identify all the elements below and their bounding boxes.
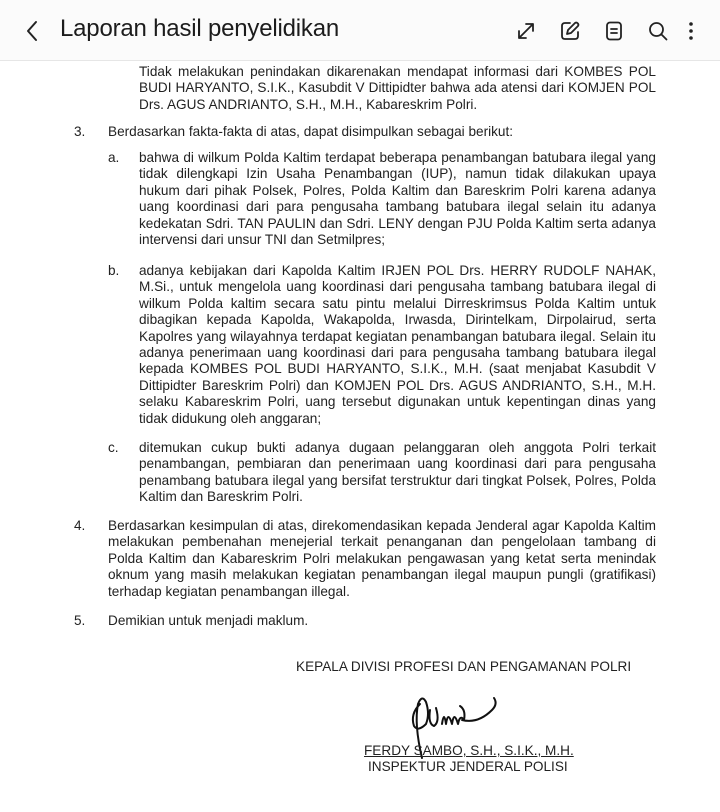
page-title: Laporan hasil penyelidikan: [60, 15, 339, 43]
app-bar: Laporan hasil penyelidikan: [0, 0, 720, 61]
subitem-b-text: adanya kebijakan dari Kapolda Kaltim IRJ…: [139, 263, 656, 427]
item-5-text: Demikian untuk menjadi maklum.: [108, 613, 656, 629]
text-view-button[interactable]: [592, 16, 636, 46]
subitem-letter-a: a.: [108, 150, 119, 166]
item-number-4: 4.: [74, 518, 85, 534]
item-number-5: 5.: [74, 613, 85, 629]
signatory-position: KEPALA DIVISI PROFESI DAN PENGAMANAN POL…: [296, 659, 631, 675]
item-4-text: Berdasarkan kesimpulan di atas, direkome…: [108, 518, 656, 600]
edit-icon: [559, 20, 581, 42]
expand-button[interactable]: [504, 16, 548, 46]
item-3-text: Berdasarkan fakta-fakta di atas, dapat d…: [108, 124, 656, 140]
signatory-name: FERDY SAMBO, S.H., S.I.K., M.H.: [364, 743, 574, 759]
subitem-letter-b: b.: [108, 263, 119, 279]
subitem-letter-c: c.: [108, 440, 119, 456]
search-button[interactable]: [636, 16, 680, 46]
subitem-c-text: ditemukan cukup bukti adanya dugaan pela…: [139, 440, 656, 506]
document-page: Tidak melakukan penindakan dikarenakan m…: [0, 61, 720, 812]
signatory-rank: INSPEKTUR JENDERAL POLISI: [368, 759, 568, 775]
more-options-button[interactable]: [680, 16, 702, 46]
edit-button[interactable]: [548, 16, 592, 46]
continuation-paragraph: Tidak melakukan penindakan dikarenakan m…: [139, 64, 656, 113]
expand-icon: [515, 20, 537, 42]
text-view-icon: [603, 20, 625, 42]
subitem-a-text: bahwa di wilkum Polda Kaltim terdapat be…: [139, 150, 656, 248]
item-number-3: 3.: [74, 124, 85, 140]
back-button[interactable]: [20, 18, 46, 44]
more-options-icon: [688, 20, 694, 42]
back-icon: [20, 18, 46, 44]
search-icon: [647, 20, 669, 42]
